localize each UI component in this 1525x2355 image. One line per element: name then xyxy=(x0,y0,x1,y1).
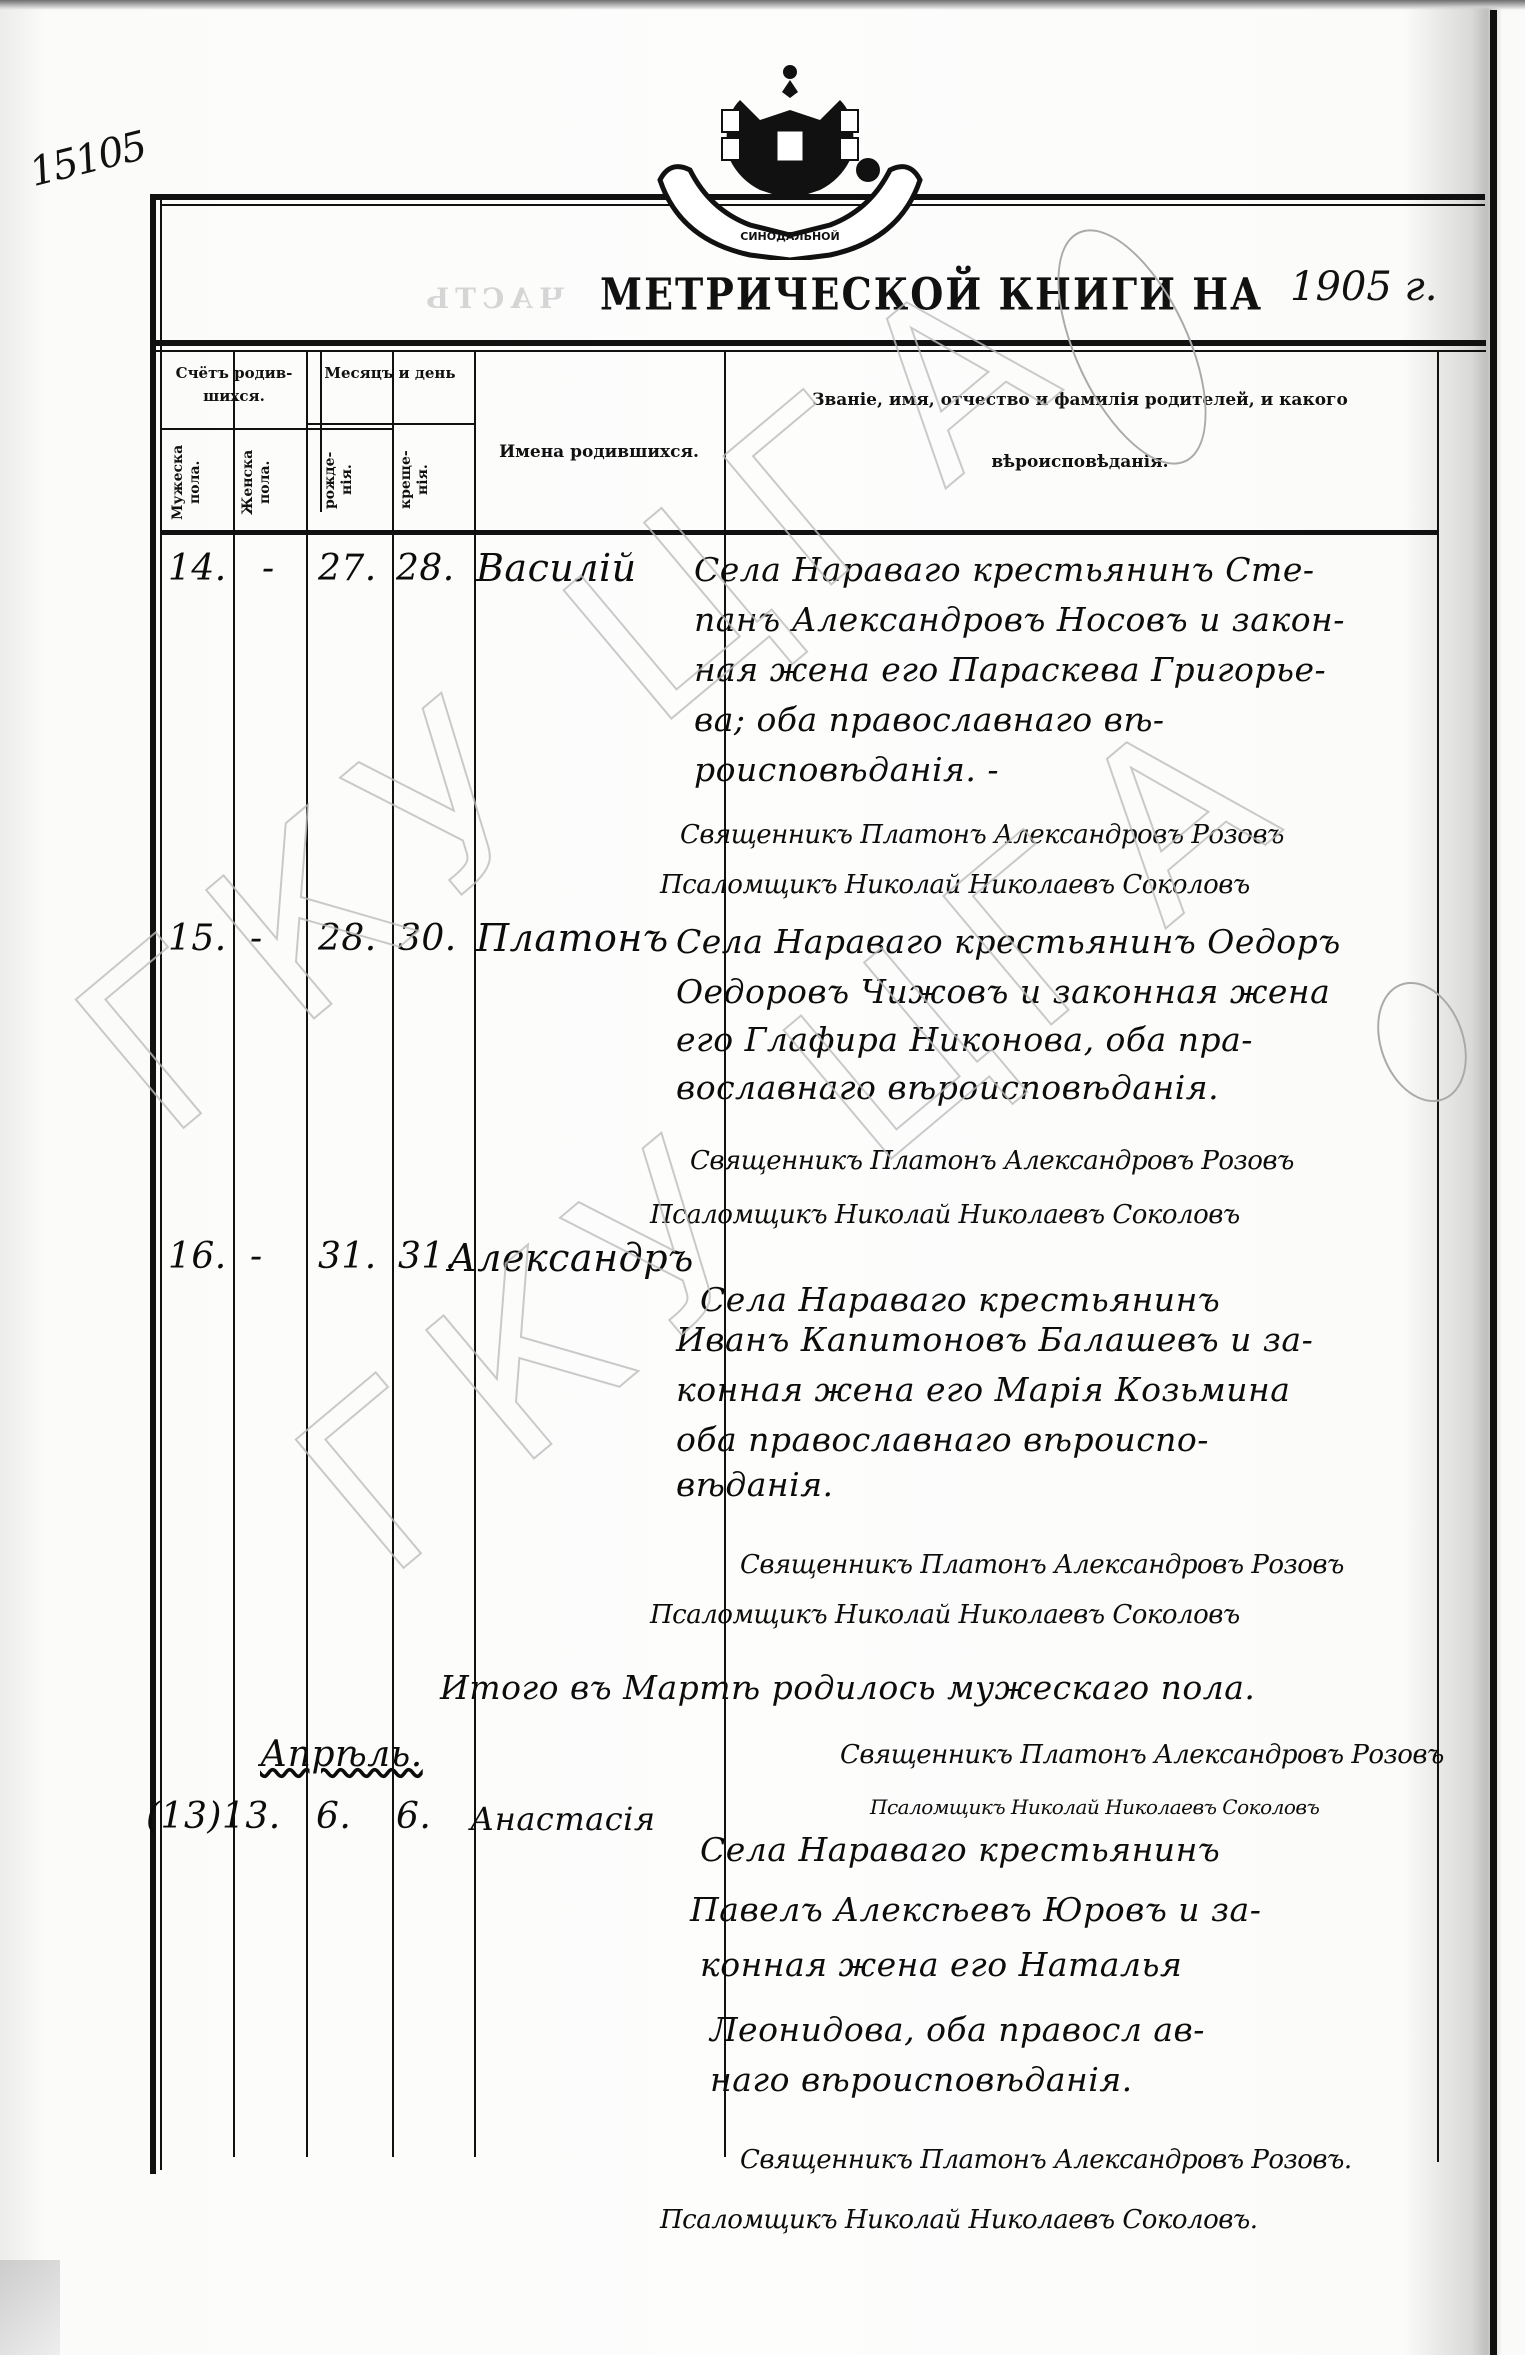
month-label-april: Апрѣль. xyxy=(260,1734,423,1775)
row-16-parents-4: оба православнаго вѣроиспо- xyxy=(676,1420,1209,1459)
april-name: Анастасія xyxy=(470,1800,656,1838)
header-date-group: Месяцъ и день xyxy=(310,362,470,385)
row-14-birth-day: 27. xyxy=(318,548,377,589)
april-parents-3: конная жена его Наталья xyxy=(700,1945,1182,1984)
march-summary-line: Итого въ Мартѣ родилось мужескаго пола. xyxy=(440,1668,1255,1707)
april-signature-priest: Священникъ Платонъ Александровъ Розовъ. xyxy=(740,2145,1352,2175)
svg-text:СИНОДАЛЬНОЙ: СИНОДАЛЬНОЙ xyxy=(740,230,839,243)
archive-number: 15105 xyxy=(25,123,150,196)
header-count-group: Счётъ родив-шихся. xyxy=(164,362,304,407)
row-16-birth-day: 31. xyxy=(318,1236,377,1277)
title-row: МЕТРИЧЕСКОЙ КНИГИ НА 1905 г. xyxy=(600,268,1480,318)
row-14-male-no: 14. xyxy=(168,548,227,589)
row-16-parents-5: вѣданія. xyxy=(676,1465,834,1504)
april-signature-psalmist: Псаломщикъ Николай Николаевъ Соколовъ. xyxy=(660,2205,1257,2235)
header-male: Мужеска пола. xyxy=(170,440,226,525)
double-headed-eagle-icon: СИНОДАЛЬНОЙ xyxy=(640,60,940,260)
row-16-male-no: 16. xyxy=(168,1236,227,1277)
col-rule-3 xyxy=(392,352,394,2157)
april-birth-day: 6. xyxy=(316,1796,351,1837)
row-14-parents-5: роисповѣданія. - xyxy=(694,750,999,789)
april-male-no: 13. xyxy=(222,1796,281,1837)
april-parents-2: Павелъ Алексѣевъ Юровъ и за- xyxy=(690,1890,1261,1929)
header-female: Женска пола. xyxy=(240,440,296,525)
april-signature-priest-above: Священникъ Платонъ Александровъ Розовъ xyxy=(840,1740,1444,1770)
bleed-through-text: ЧАСТЬ xyxy=(420,282,565,315)
header-birth: рожде-нія. xyxy=(322,436,378,524)
col-rule-2 xyxy=(306,352,308,2157)
april-parents-5: наго вѣроисповѣданія. xyxy=(710,2060,1133,2099)
subheader-rule-date xyxy=(307,423,474,425)
april-parents-1: Села Нараваго крестьянинъ xyxy=(700,1830,1220,1869)
header-baptism: креще-нія. xyxy=(398,436,454,524)
april-parents-4: Леонидова, оба правосл ав- xyxy=(710,2010,1205,2049)
frame-left-inner-border xyxy=(160,200,162,2170)
year-handwritten: 1905 г. xyxy=(1290,264,1437,310)
page-corner-shadow xyxy=(0,2260,60,2355)
april-total-no: (13) xyxy=(146,1796,222,1837)
col-rule-right xyxy=(1437,352,1439,2162)
row-14-baptism-day: 28. xyxy=(396,548,455,589)
april-signature-psalmist-above: Псаломщикъ Николай Николаевъ Соколовъ xyxy=(870,1795,1319,1819)
subheader-rule xyxy=(162,428,392,430)
scan-top-shadow xyxy=(0,0,1525,10)
col-rule-1 xyxy=(233,352,235,2157)
row-16-signature-psalmist: Псаломщикъ Николай Николаевъ Соколовъ xyxy=(650,1600,1240,1630)
row-16-parents-3: конная жена его Марія Козьмина xyxy=(676,1370,1290,1409)
book-spine xyxy=(1490,10,1497,2355)
row-16-signature-priest: Священникъ Платонъ Александровъ Розовъ xyxy=(740,1550,1344,1580)
frame-left-border xyxy=(150,194,156,2174)
row-14-female-no: - xyxy=(262,548,275,589)
row-16-female-no: - xyxy=(250,1236,263,1277)
april-baptism-day: 6. xyxy=(396,1796,431,1837)
circle-stamp-outline-2 xyxy=(1361,969,1482,1114)
register-page: 15105 СИНОДАЛЬНОЙ ЧАСТЬ МЕТРИЧЕСКОЙ КНИГ… xyxy=(0,0,1525,2355)
